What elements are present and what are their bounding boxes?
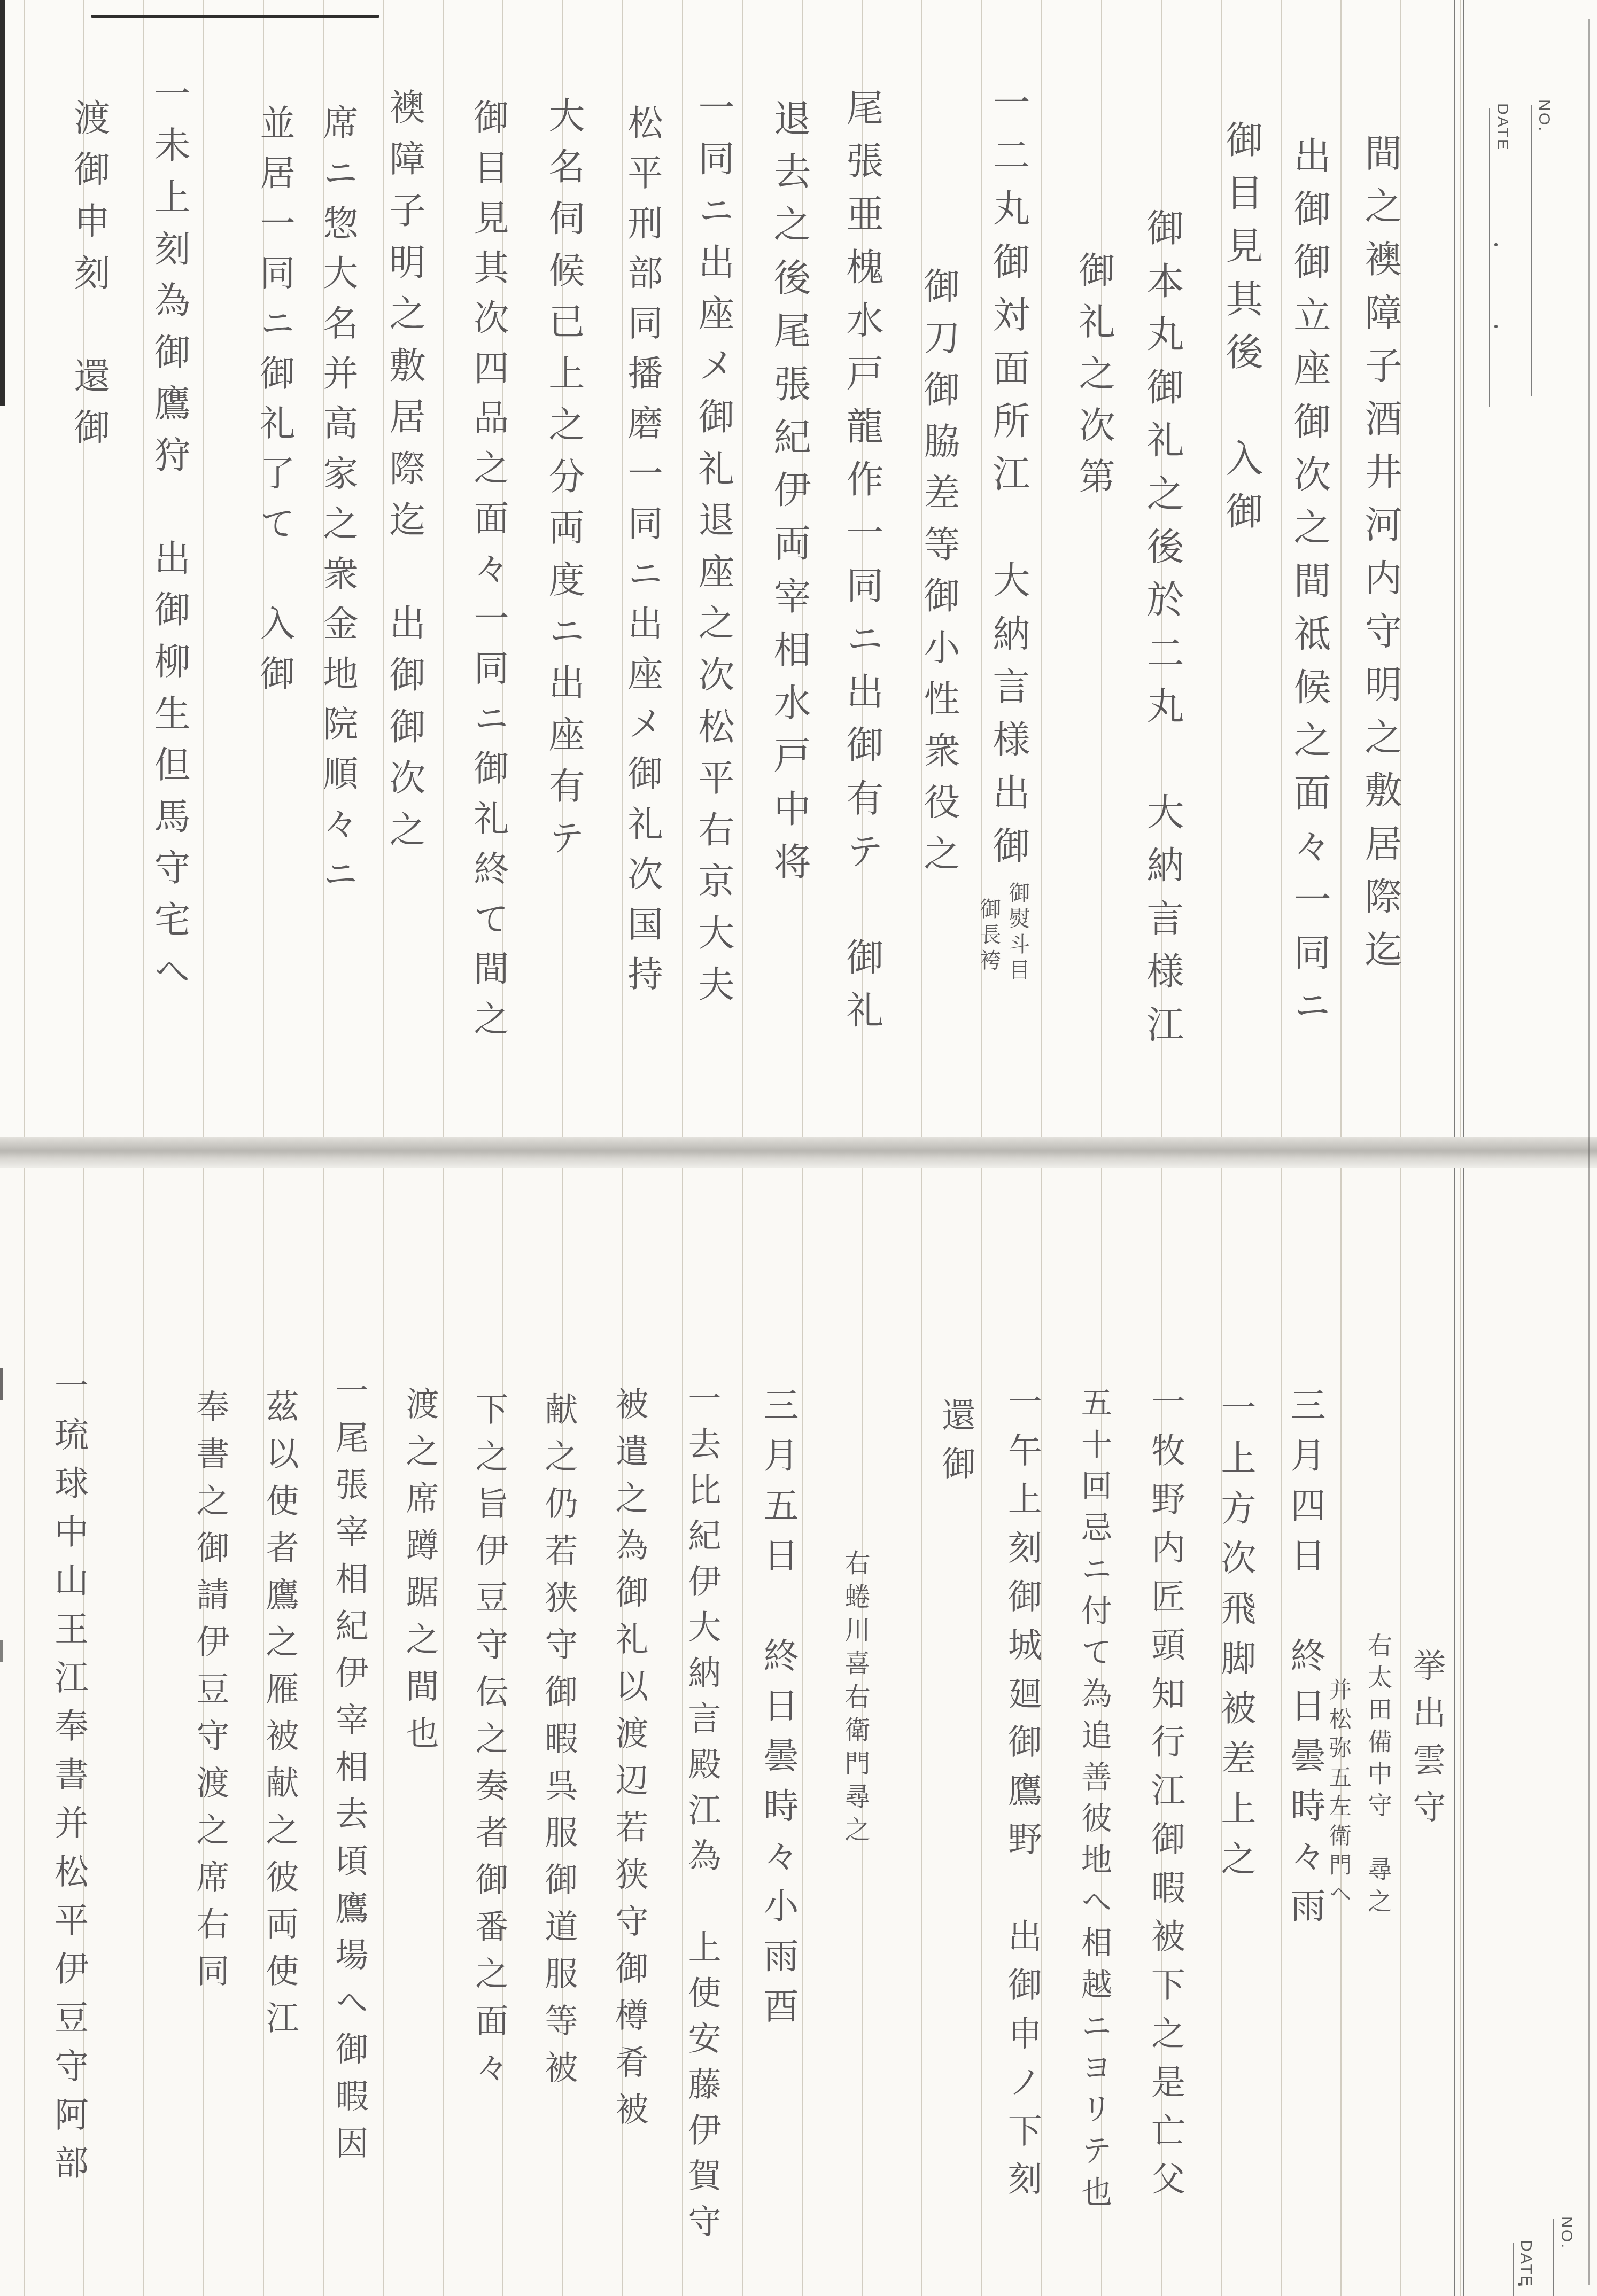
handwritten-annotation: 右蜷川喜右衛門尋之 (842, 1550, 868, 1850)
margin-double-line (1454, 1168, 1464, 2296)
handwritten-column: 退去之後尾張紀伊両宰相水戸中将 (771, 99, 808, 896)
date-field-label: DATE (1493, 103, 1511, 151)
date-field-line (1513, 2243, 1514, 2296)
handwritten-column: 一未上刻為御鷹狩 出御柳生但馬守宅へ (151, 75, 187, 1003)
handwritten-annotation: 并松弥五左衛門ヘ (1328, 1678, 1350, 1911)
handwritten-column: 間之襖障子酒井河内守明之敷居際迄 (1362, 134, 1399, 983)
no-field-line (1553, 2219, 1554, 2296)
date-field-line (1489, 108, 1490, 407)
handwritten-column: 襖障子明之敷居際迄 出御御次之 (386, 88, 422, 862)
date-separator-dot (1494, 243, 1498, 246)
handwritten-column: 御目見其次四品之面々一同ニ御礼終て間之 (470, 99, 506, 1050)
handwritten-column: 茲以使者鷹之雁被献之彼両使江 (263, 1389, 296, 2048)
no-field-label: NO. (1535, 99, 1553, 133)
handwritten-annotation: 右太田備中守 尋之 (1366, 1632, 1391, 1920)
handwritten-column: 席ニ惣大名并高家之衆金地院順々ニ (320, 104, 355, 906)
handwritten-column: 一牧野内匠頭知行江御暇被下之是亡父 (1148, 1384, 1182, 2209)
scan-edge-artifact (0, 1640, 3, 1662)
handwritten-column: 一同ニ出座メ御礼退座之次松平右京大夫 (695, 88, 731, 1017)
handwritten-column: 献之仍若狭守御暇呉服御道服等被 (542, 1392, 575, 2098)
handwritten-column: 三月四日 終日曇時々雨 (1287, 1387, 1322, 1937)
handwritten-column: 三月五日 終日曇時々小雨酉 (760, 1387, 795, 2037)
handwritten-annotation: 御長袴 (978, 898, 999, 975)
handwritten-column: 出御御立座御次之間祗候之面々一同ニ (1291, 136, 1328, 1039)
scan-edge-artifact (91, 15, 379, 18)
handwritten-column: 御礼之次第 (1075, 251, 1112, 509)
handwritten-column: 一琉球中山王江奉書并松平伊豆守阿部 (51, 1368, 86, 2193)
handwritten-column: 奉書之御請伊豆守渡之席右同 (193, 1389, 227, 2001)
handwritten-column: 松平刑部同播磨一同ニ出座メ御礼次国持 (624, 104, 660, 1006)
margin-double-line (1454, 0, 1464, 1137)
handwritten-annotation: 御熨斗目 (1007, 882, 1028, 984)
handwritten-column: 一上方次飛脚被差上之 (1218, 1389, 1253, 1890)
scan-edge-artifact (0, 1368, 3, 1400)
handwritten-column: 並居一同ニ御礼了て 入御 (257, 104, 292, 705)
handwritten-column: 大名伺候已上之分両度ニ出座有テ (545, 96, 582, 870)
handwritten-column: 下之旨伊豆守伝之奏者御番之面々 (472, 1392, 506, 2098)
handwritten-column: 挙出雲守 (1410, 1648, 1443, 1836)
date-separator-dot (1518, 2283, 1521, 2286)
notebook-page-bottom (0, 1168, 1597, 2296)
handwritten-column: 一午上刻御城廻御鷹野 出御申ノ下刻 (1005, 1384, 1039, 2209)
handwritten-column: 一去比紀伊大納言殿江為 上使安藤伊賀守 (685, 1381, 718, 2250)
page-gap-shadow (0, 1137, 1597, 1168)
no-field-label: NO. (1557, 2216, 1576, 2250)
no-field-line (1531, 105, 1532, 396)
handwritten-column: 御目見其後 入御 (1223, 120, 1260, 545)
notebook-scan: NO. DATE 間之襖障子酒井河内守明之敷居際迄 出御御立座御次之間祗候之面々… (0, 0, 1597, 2296)
handwritten-column: 被遣之為御礼以渡辺若狭守御樽肴被 (613, 1387, 646, 2139)
scan-edge-artifact (1588, 19, 1590, 2285)
handwritten-column: 渡之席蹲踞之間也 (403, 1387, 436, 1763)
date-separator-dot (1494, 325, 1498, 328)
handwritten-column: 一尾張宰相紀伊宰相去頃鷹場へ御暇因 (332, 1373, 366, 2173)
date-field-label: DATE (1517, 2240, 1535, 2288)
handwritten-column: 還御 (939, 1397, 973, 1495)
handwritten-column: 尾張亜槐水戸龍作一同ニ出御有テ 御礼 (843, 88, 881, 1044)
handwritten-column: 一二丸御対面所江 大納言様出御 (990, 83, 1027, 880)
handwritten-column: 御刀御脇差等御小性衆役之 (920, 267, 957, 886)
handwritten-column: 渡御申刻 還御 (71, 99, 107, 460)
scan-edge-artifact (0, 0, 5, 406)
handwritten-column: 御本丸御礼之後於二丸 大納言様江 (1144, 208, 1181, 1058)
handwritten-column: 五十回忌ニ付て為追善彼地へ相越ニヨリテ也 (1079, 1387, 1110, 2217)
